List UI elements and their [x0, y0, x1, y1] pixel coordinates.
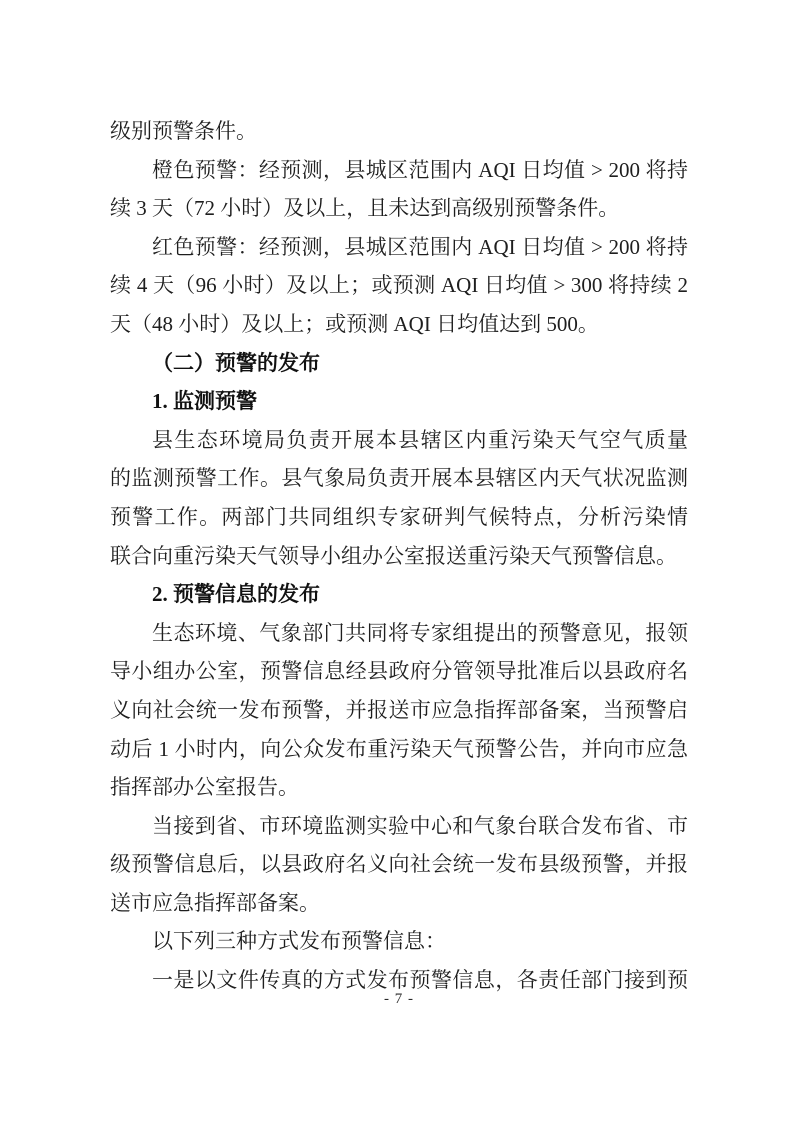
- text-line: 预警工作。两部门共同组织专家研判气候特点，分析污染情况，: [110, 498, 688, 537]
- text-line: 续 4 天（96 小时）及以上；或预测 AQI 日均值 > 300 将持续 2: [110, 266, 688, 305]
- text-line: 天（48 小时）及以上；或预测 AQI 日均值达到 500。: [110, 305, 688, 344]
- text-line: 导小组办公室，预警信息经县政府分管领导批准后以县政府名: [110, 652, 688, 691]
- text-line: 级别预警条件。: [110, 112, 688, 151]
- document-body: 级别预警条件。 橙色预警：经预测，县城区范围内 AQI 日均值 > 200 将持…: [110, 112, 688, 1000]
- text-line: 动后 1 小时内，向公众发布重污染天气预警公告，并向市应急: [110, 730, 688, 769]
- text-line: 指挥部办公室报告。: [110, 768, 688, 807]
- text-line: 红色预警：经预测，县城区范围内 AQI 日均值 > 200 将持: [110, 228, 688, 267]
- document-page: 级别预警条件。 橙色预警：经预测，县城区范围内 AQI 日均值 > 200 将持…: [0, 0, 800, 1130]
- section-heading: （二）预警的发布: [110, 344, 688, 383]
- text-line: 以下列三种方式发布预警信息：: [110, 922, 688, 961]
- text-line: 橙色预警：经预测，县城区范围内 AQI 日均值 > 200 将持: [110, 151, 688, 190]
- text-line: 生态环境、气象部门共同将专家组提出的预警意见，报领: [110, 614, 688, 653]
- text-line: 送市应急指挥部备案。: [110, 884, 688, 923]
- text-line: 续 3 天（72 小时）及以上，且未达到高级别预警条件。: [110, 189, 688, 228]
- sub-heading: 2. 预警信息的发布: [110, 575, 688, 614]
- sub-heading: 1. 监测预警: [110, 382, 688, 421]
- page-number: - 7 -: [110, 991, 688, 1008]
- text-line: 义向社会统一发布预警，并报送市应急指挥部备案，当预警启: [110, 691, 688, 730]
- text-line: 当接到省、市环境监测实验中心和气象台联合发布省、市: [110, 807, 688, 846]
- text-line: 的监测预警工作。县气象局负责开展本县辖区内天气状况监测: [110, 459, 688, 498]
- text-line: 级预警信息后，以县政府名义向社会统一发布县级预警，并报: [110, 845, 688, 884]
- text-line: 县生态环境局负责开展本县辖区内重污染天气空气质量: [110, 421, 688, 460]
- text-line: 联合向重污染天气领导小组办公室报送重污染天气预警信息。: [110, 537, 688, 576]
